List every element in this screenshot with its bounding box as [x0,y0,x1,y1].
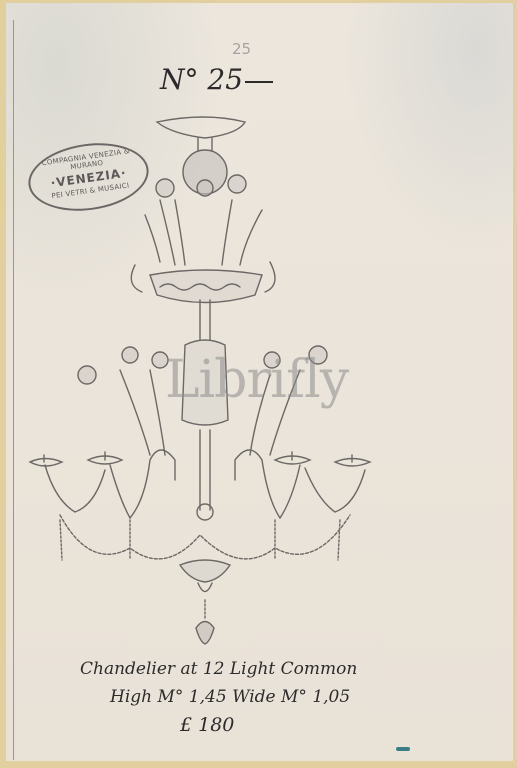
caption-line-1: Chandelier at 12 Light Common [80,655,357,683]
handwritten-caption: Chandelier at 12 Light Common High M° 1,… [80,655,357,739]
watermark: Librifly [165,350,348,410]
ink-mark [396,747,410,751]
caption-line-2: High M° 1,45 Wide M° 1,05 [110,683,357,711]
caption-line-3: £ 180 [180,711,357,739]
